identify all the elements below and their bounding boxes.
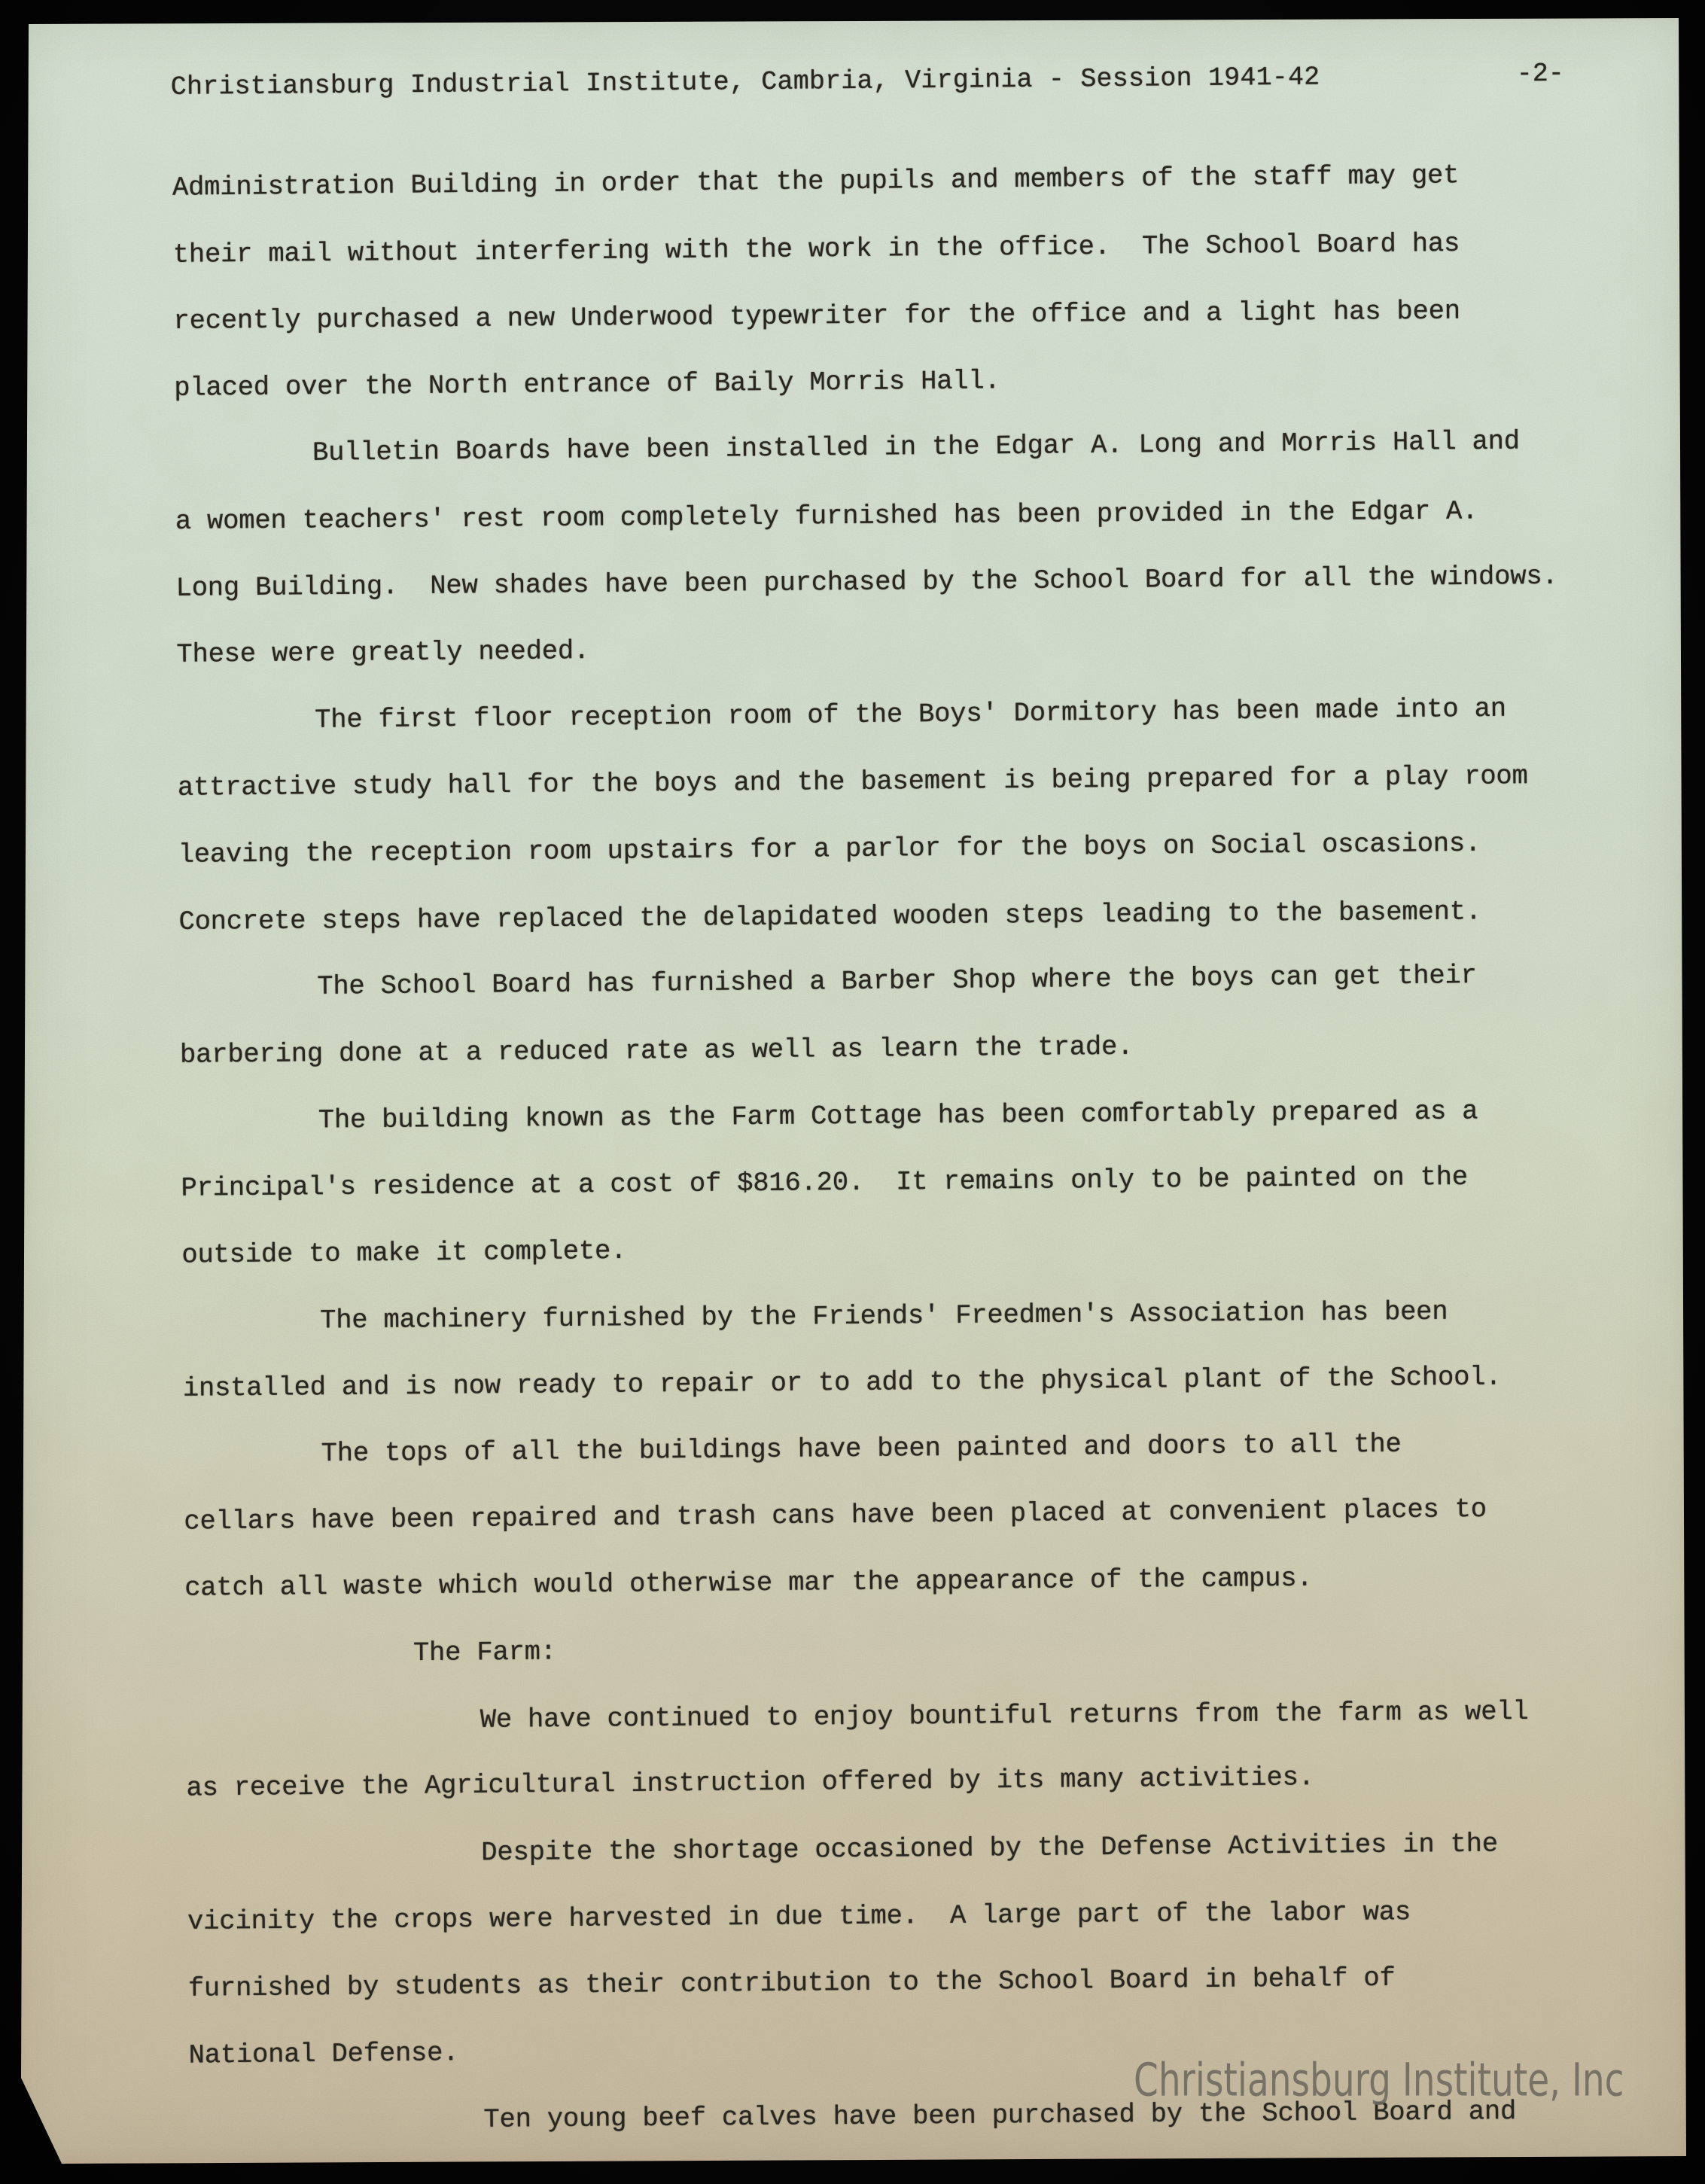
- typed-line: The building known as the Farm Cottage h…: [180, 1077, 1633, 1156]
- typed-line: The first floor reception room of the Bo…: [177, 675, 1630, 755]
- typed-line: The School Board has furnished a Barber …: [179, 941, 1633, 1022]
- typed-line: catch all waste which would otherwise ma…: [184, 1543, 1638, 1622]
- typed-line: a women teachers' rest room completely f…: [175, 477, 1629, 556]
- typed-line: Bulletin Boards have been installed in t…: [175, 408, 1628, 489]
- typed-line: attractive study hall for the boys and t…: [178, 742, 1631, 821]
- typed-line: Administration Building in order that th…: [172, 141, 1626, 221]
- typed-line: outside to make it complete.: [181, 1208, 1635, 1289]
- typed-line: The Farm:: [185, 1610, 1639, 1689]
- typed-line: cellars have been repaired and trash can…: [184, 1475, 1637, 1555]
- typed-line: barbering done at a reduced rate as well…: [180, 1010, 1633, 1089]
- typed-line: leaving the reception room upstairs for …: [178, 809, 1631, 888]
- document-body: Administration Building in order that th…: [172, 142, 1643, 2156]
- page-number: -2-: [1517, 59, 1564, 90]
- document-page: Christiansburg Industrial Institute, Cam…: [21, 18, 1686, 2164]
- typed-line: vicinity the crops were harvested in due…: [187, 1878, 1641, 1956]
- typewritten-text-layer: Christiansburg Industrial Institute, Cam…: [11, 11, 1695, 2170]
- typed-line: Despite the shortage occasioned by the D…: [187, 1810, 1640, 1889]
- typed-line: as receive the Agricultural instruction …: [186, 1741, 1640, 1822]
- typed-line: installed and is now ready to repair or …: [183, 1343, 1636, 1422]
- typed-line: their mail without interfering with the …: [172, 209, 1626, 288]
- scanner-background: Christiansburg Industrial Institute, Cam…: [0, 0, 1705, 2184]
- archive-watermark: Christiansburg Institute, Inc: [1134, 2054, 1624, 2106]
- typed-line: The machinery furnished by the Friends' …: [182, 1278, 1636, 1356]
- document-header-title: Christiansburg Industrial Institute, Cam…: [171, 62, 1320, 102]
- typed-line: recently purchased a new Underwood typew…: [173, 277, 1627, 355]
- typed-line: Long Building. New shades have been purc…: [175, 543, 1629, 622]
